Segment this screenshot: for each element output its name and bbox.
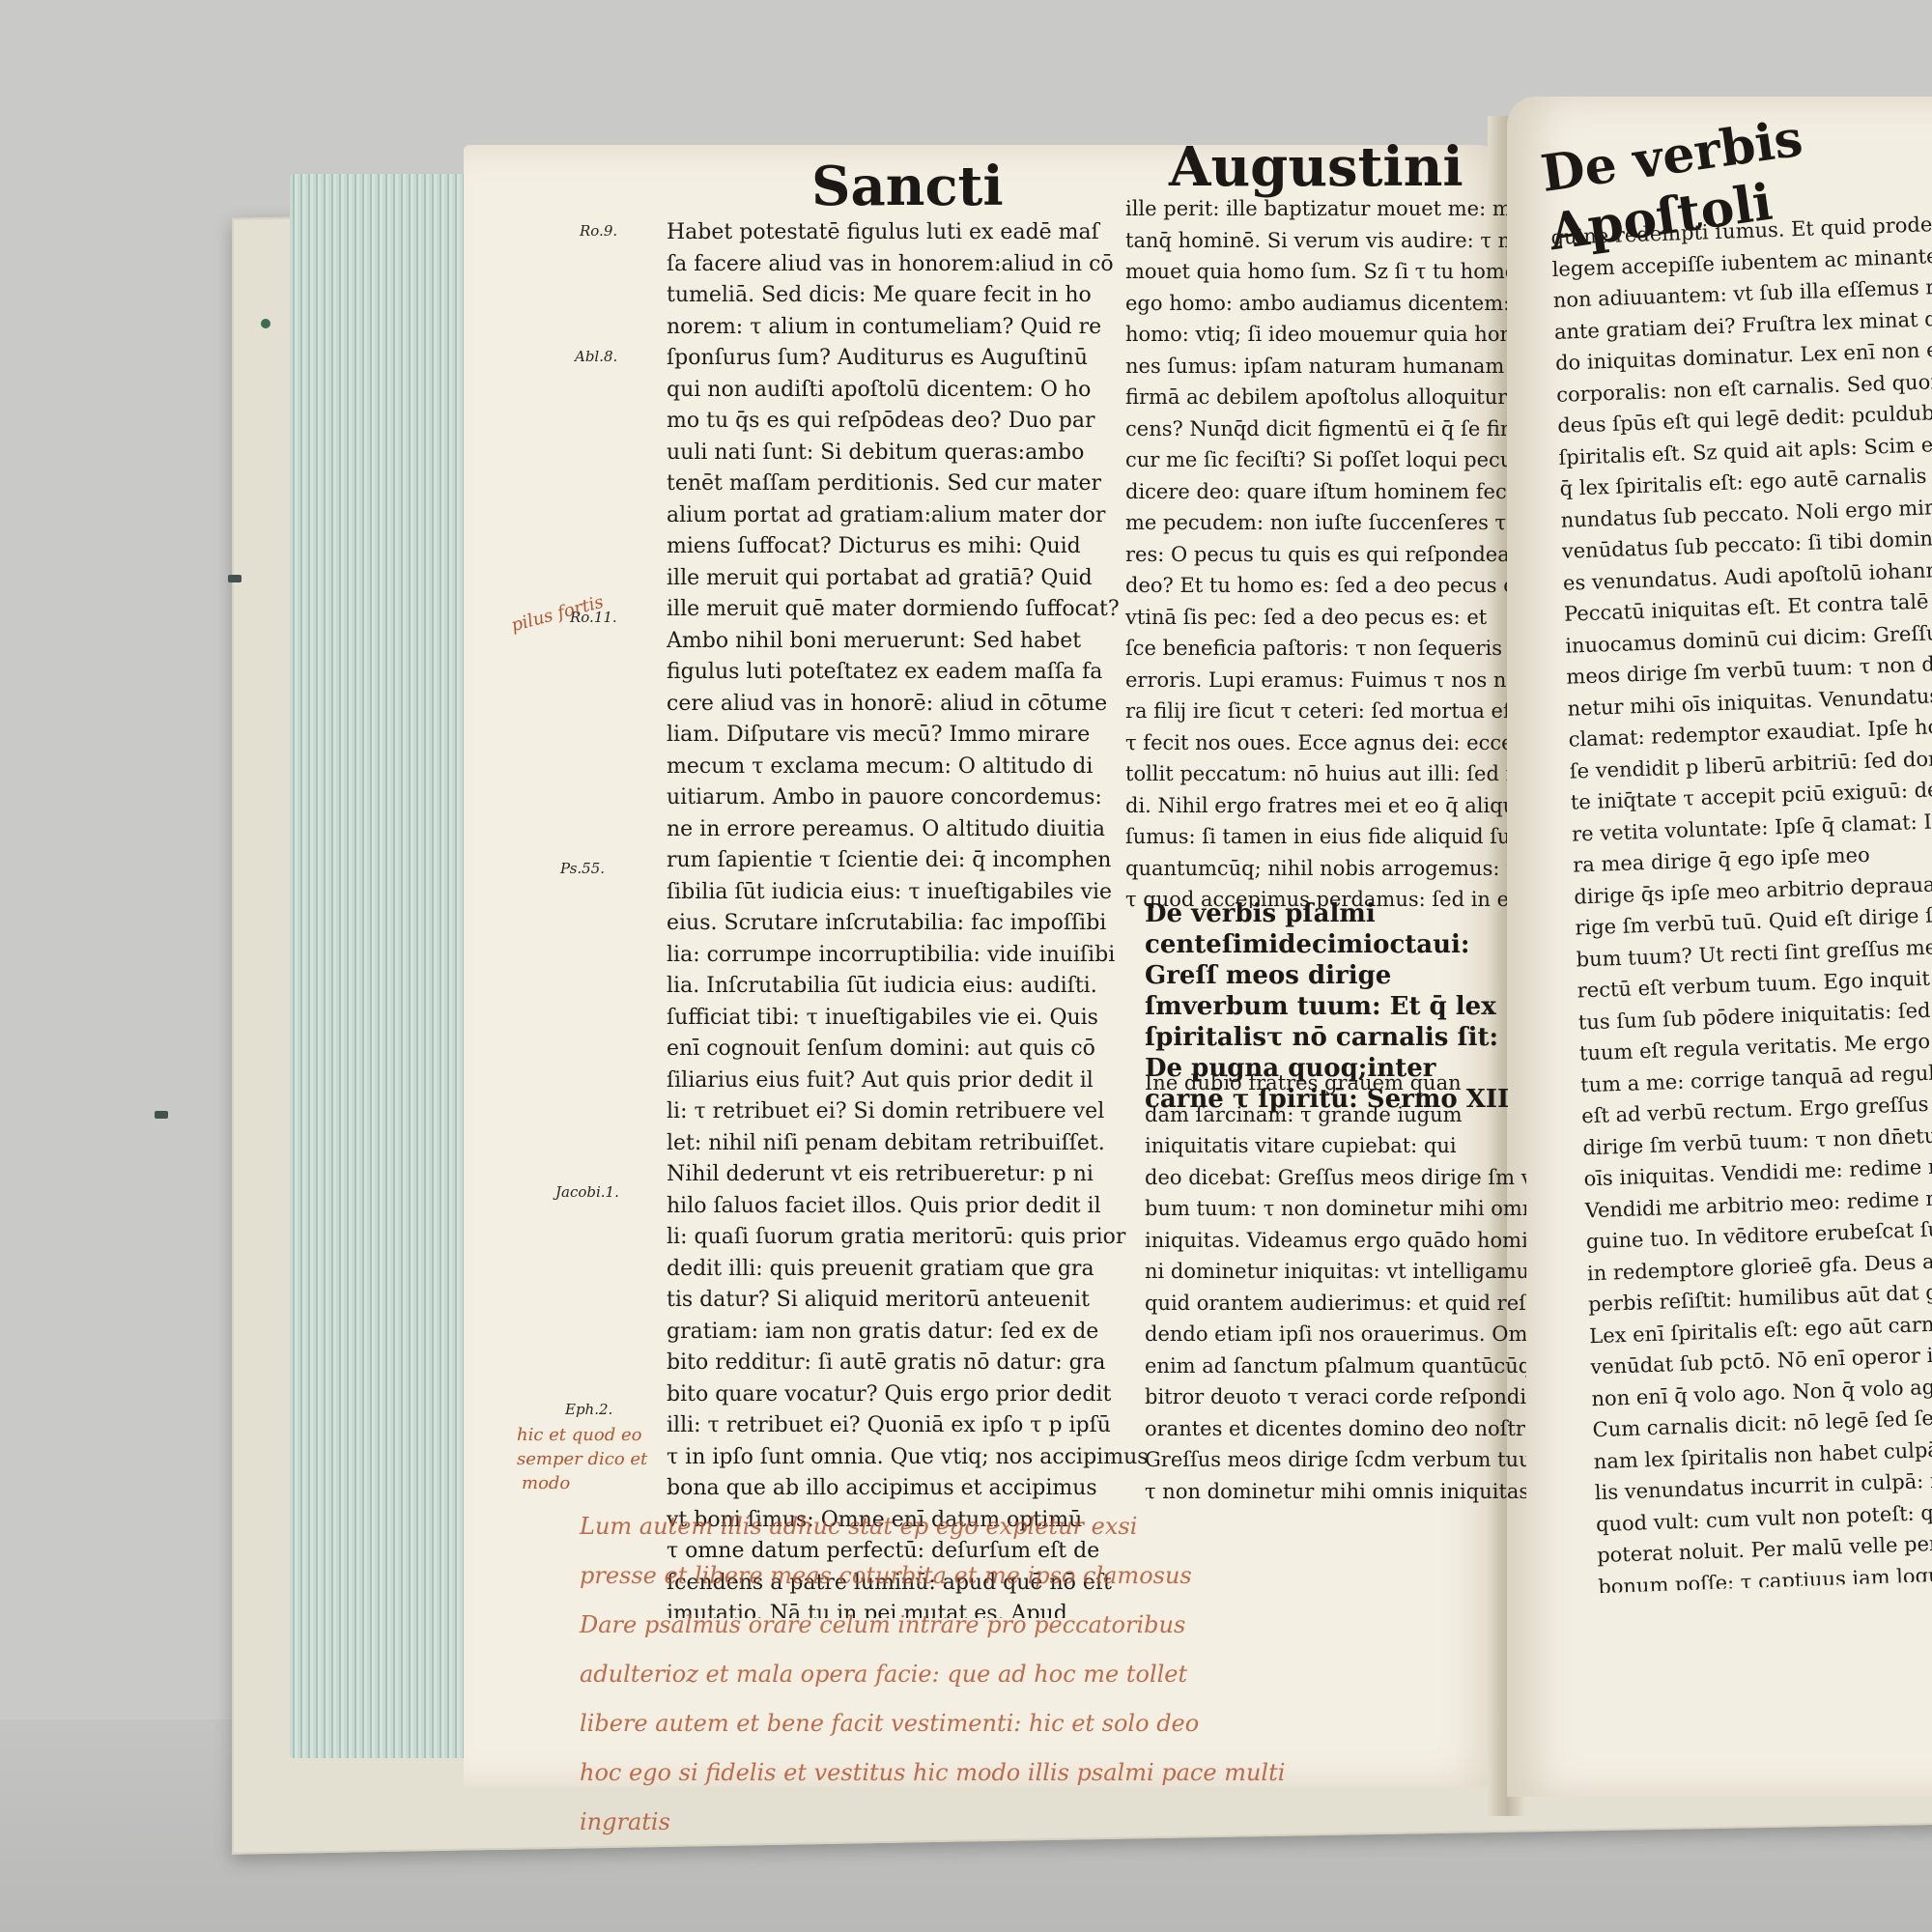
text-column-right-page: guine redempti ſumus. Et quid proderatle… [1550,209,1932,1593]
text-line: τ in ipſo ſunt omnia. Que vtiq; nos acci… [667,1442,1159,1474]
text-line: ille meruit quē mater dormiendo ſuffocat… [667,594,1159,626]
text-line: lia. Inſcrutabilia ſūt iudicia eius: aud… [667,971,1159,1003]
text-line: dendo etiam ipſi nos orauerimus. Omnes [1145,1319,1526,1350]
handwritten-line: Lum autem illis adhuc stat ep ego explet… [580,1502,1546,1551]
text-line: deo? Et tu homo es: ſed a deo pecus es: … [1125,570,1507,602]
margin-note: Eph.2. [565,1401,612,1418]
text-line: figulus luti poteſtatez ex eadem maſſa f… [667,657,1159,689]
text-line: uuli nati ſunt: Si debitum queras:ambo [667,438,1159,469]
text-line: dedit illi: quis preuenit gratiam que gr… [667,1254,1159,1286]
sermon-text: Ine dubio fratres grauem quandam ſarcina… [1145,1067,1526,1512]
text-line: mouet quia homo ſum. Sz ſi τ tu homo τ [1125,256,1507,288]
text-line: enī cognouit ſenſum domini: aut quis cō [667,1034,1159,1065]
handwritten-line: presse et libere meas coturbita et me ip… [580,1551,1546,1601]
text-line: iniquitas. Videamus ergo quādo homi [1145,1225,1526,1257]
text-line: firmā ac debilem apoſtolus alloquitur di [1125,382,1507,413]
handwritten-margin-note: hic et quod eo [517,1425,641,1445]
text-line: mo tu q̄s es qui reſpōdeas deo? Duo par [667,406,1159,438]
text-line: ſibilia ſūt iudicia eius: τ inueſtigabil… [667,877,1159,909]
margin-note: Ro.9. [580,222,617,240]
text-line: li: quaſi ſuorum gratia meritorū: quis p… [667,1222,1159,1254]
text-line: homo: vtiq; ſi ideo mouemur quia homi [1125,319,1507,351]
text-line: orantes et dicentes domino deo noſtro: [1145,1413,1526,1445]
text-line: eius. Scrutare inſcrutabilia: fac impoſſ… [667,908,1159,940]
handwritten-margin-note: semper dico et [517,1449,647,1469]
handwritten-line: hoc ego si fidelis et vestitus hic modo … [580,1748,1546,1798]
text-line: mecum τ exclama mecum: O altitudo di [667,752,1159,783]
text-line: ego homo: ambo audiamus dicentem: O [1125,288,1507,320]
text-line: ni dominetur iniquitas: vt intelligamus [1145,1256,1526,1288]
text-line: illi: τ retribuet ei? Quoniā ex ipſo τ p… [667,1410,1159,1442]
text-line: ſiliarius eius fuit? Aut quis prior dedi… [667,1065,1159,1097]
text-line: cur me ſic feciſti? Si poſſet loqui pecu… [1125,444,1507,476]
text-line: ſce beneficia paſtoris: τ non ſequeris l… [1125,633,1507,665]
handwritten-margin-note: modo [522,1473,570,1493]
handwritten-line: adulterioz et mala opera facie: que ad h… [580,1650,1546,1699]
text-line: iniquitatis vitare cupiebat: qui [1145,1130,1526,1162]
text-line: ille perit: ille baptizatur mouet me: mo… [1125,193,1507,225]
text-line: ſufficiat tibi: τ inueſtigabiles vie ei.… [667,1003,1159,1035]
text-line: bito quare vocatur? Quis ergo prior dedi… [667,1379,1159,1411]
clasp-pin [228,575,241,582]
text-line: bona que ab illo accipimus et accipimus [667,1473,1159,1505]
text-line: me pecudem: non iuſte ſuccenſeres τ dice [1125,507,1507,539]
text-line: ille meruit qui portabat ad gratiā? Quid [667,563,1159,595]
text-line: vtinā ſis pec: ſed a deo pecus es: et [1125,602,1507,634]
text-line: quid orantem audierimus: et quid reſpō [1145,1288,1526,1320]
text-line: miens ſuffocat? Dicturus es mihi: Quid [667,531,1159,563]
text-line: norem: τ alium in contumeliam? Quid re [667,312,1159,344]
text-line: Ambo nihil boni meruerunt: Sed habet [667,626,1159,658]
text-line: tollit peccatum: nō huius aut illi: ſed … [1125,758,1507,790]
running-head-left: Sancti [811,155,1004,218]
text-line: deo dicebat: Greſſus meos dirige ſm ver [1145,1162,1526,1194]
text-line: liam. Diſputare vis mecū? Immo mirare [667,720,1159,752]
text-line: Habet potestatē figulus luti ex eadē maſ [667,217,1159,249]
text-line: Nihil dederunt vt eis retribueretur: p n… [667,1159,1159,1191]
text-line: rum ſapientie τ ſcientie dei: q̄ incomph… [667,845,1159,877]
text-line: ſumus: ſi tamen in eius fide aliquid ſum… [1125,821,1507,853]
text-line: ra filij ire ſicut τ ceteri: ſed mortua … [1125,696,1507,727]
text-line: res: O pecus tu quis es qui reſpondeas [1125,539,1507,571]
margin-note: Ps.55. [560,860,605,877]
text-line: hilo ſaluos faciet illos. Quis prior ded… [667,1191,1159,1223]
text-line: cens? Nunq̄d dicit figmentū ei q̄ ſe fin… [1125,413,1507,445]
text-line: di. Nihil ergo fratres mei et eo q̄ aliq… [1125,790,1507,822]
text-line: uitiarum. Ambo in pauore concordemus: [667,782,1159,814]
page-edges [290,174,483,1758]
text-line: qui non audiſti apoſtolū dicentem: O ho [667,375,1159,407]
text-line: tis datur? Si aliquid meritorū anteuenit [667,1285,1159,1317]
margin-note: Jacobi.1. [555,1183,619,1201]
text-line: bum tuum: τ non dominetur mihi omnis [1145,1193,1526,1225]
text-line: bitror deuoto τ veraci corde reſpondimus [1145,1381,1526,1413]
handwritten-line: libere autem et bene facit vestimenti: h… [580,1699,1546,1748]
text-line: alium portat ad gratiam:alium mater dor [667,500,1159,532]
text-line: Greſſus meos dirige ſcdm verbum tuum: [1145,1444,1526,1476]
text-line: let: nihil niſi penam debitam retribuiſſ… [667,1128,1159,1160]
text-line: Ine dubio fratres grauem quan [1145,1067,1526,1099]
text-line: ſa facere aliud vas in honorem:aliud in … [667,249,1159,281]
text-line: cere aliud vas in honorē: aliud in cōtum… [667,689,1159,721]
handwritten-line: ingratis [580,1798,1546,1847]
text-column-2: ille perit: ille baptizatur mouet me: mo… [1125,193,1507,908]
text-line: lia: corrumpe incorruptibilia: vide inui… [667,940,1159,972]
text-line: dam ſarcinam: τ grande iugum [1145,1099,1526,1131]
text-line: erroris. Lupi eramus: Fuimus τ nos natu [1125,665,1507,696]
clasp-pin [261,319,270,328]
text-line: enim ad ſanctum pſalmum quantūcūq; ar [1145,1350,1526,1382]
text-column-1: Habet potestatē figulus luti ex eadē maſ… [667,217,1159,1618]
text-line: gratiam: iam non gratis datur: ſed ex de [667,1317,1159,1349]
text-line: bito redditur: ſi autē gratis nō datur: … [667,1348,1159,1379]
text-line: ſponſurus ſum? Auditurus es Auguſtinū [667,343,1159,375]
text-line: nes ſumus: ipſam naturam humanam in [1125,351,1507,383]
text-line: quantumcūq; nihil nobis arrogemus: ne [1125,853,1507,885]
text-line: li: τ retribuet ei? Si domin retribuere … [667,1096,1159,1128]
running-head-right: Augustini [1169,135,1463,199]
text-line: dicere deo: quare iſtum hominem feciſti … [1125,476,1507,508]
text-line: ne in errore pereamus. O altitudo diuiti… [667,814,1159,846]
text-line: τ fecit nos oues. Ecce agnus dei: ecce q… [1125,727,1507,759]
handwritten-line: Dare psalmus orare celum intrare pro pec… [580,1601,1546,1650]
clasp-pin [155,1111,168,1119]
text-line: tumeliā. Sed dicis: Me quare fecit in ho [667,280,1159,312]
text-line: tenēt maſſam perditionis. Sed cur mater [667,469,1159,500]
handwritten-annotation: Lum autem illis adhuc stat ep ego explet… [580,1502,1546,1847]
margin-note: Abl.8. [575,348,617,365]
text-line: tanq̄ hominē. Si verum vis audire: τ me [1125,225,1507,257]
